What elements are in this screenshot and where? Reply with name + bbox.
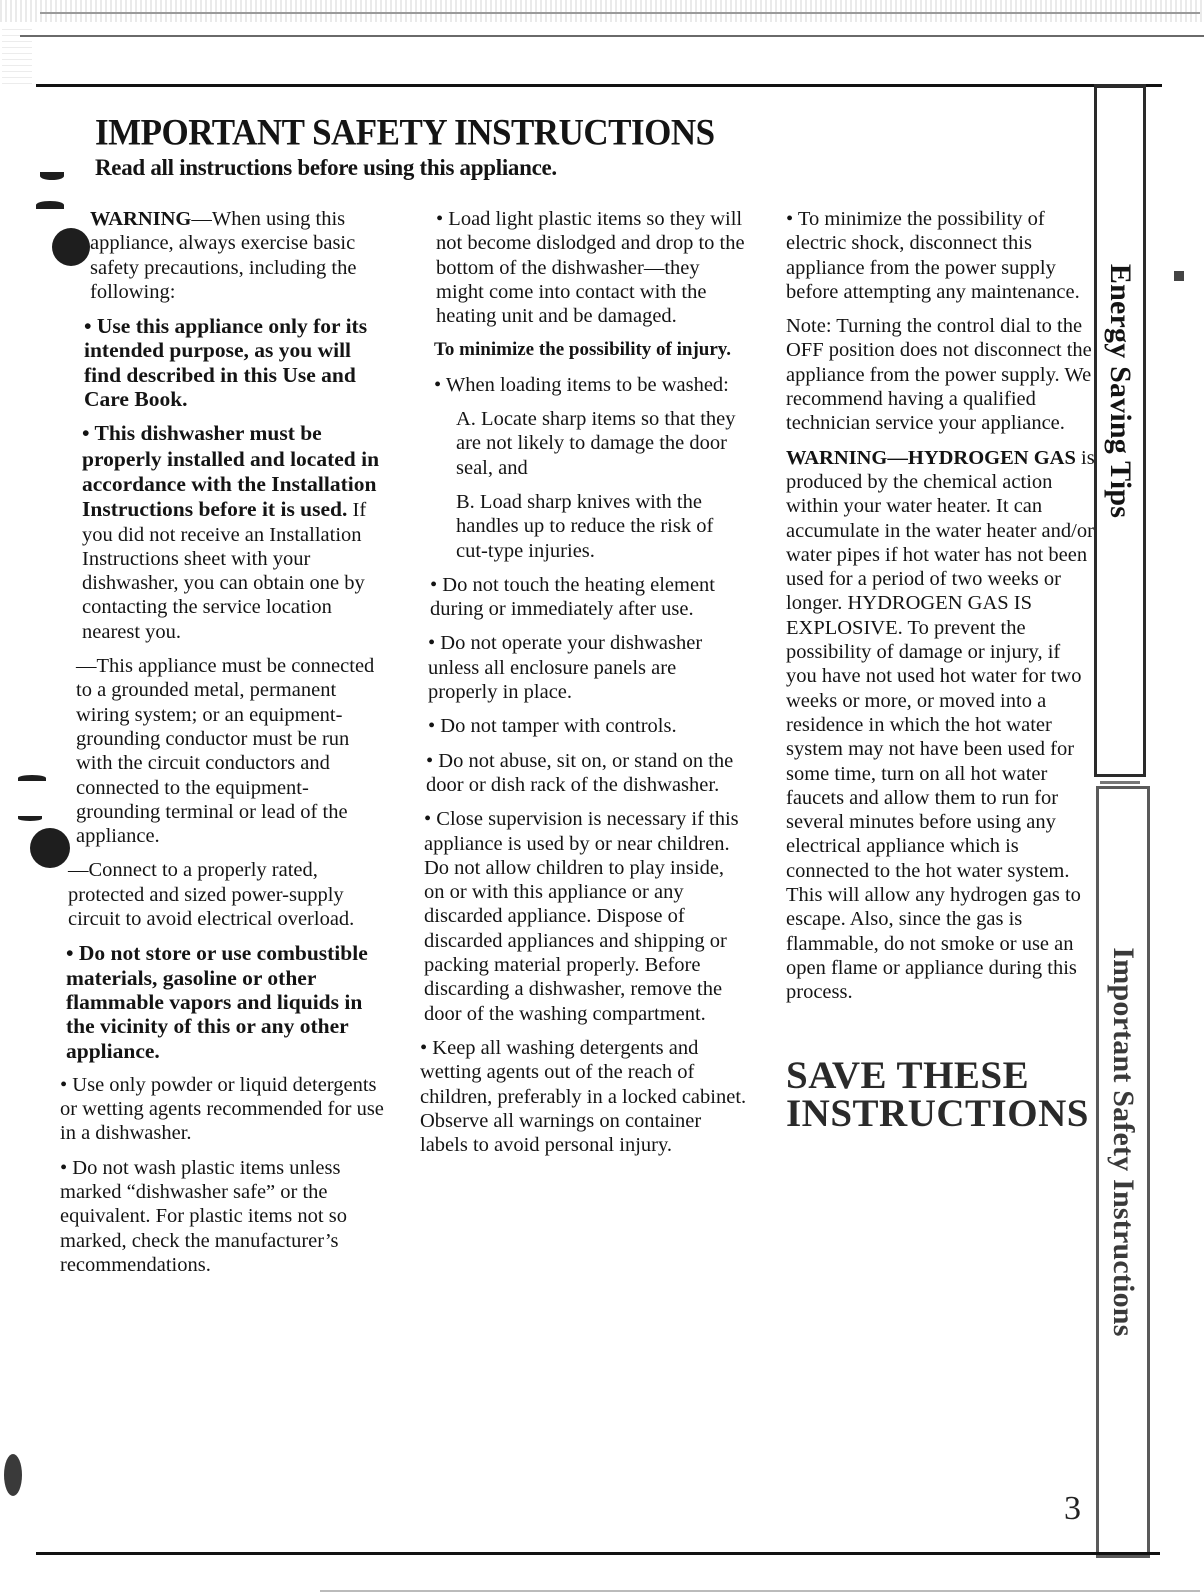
bullet-door: • Do not abuse, sit on, or stand on the … [418,749,748,798]
bullet-installation: • This dishwasher must be properly insta… [60,421,390,644]
sub-item-b: B. Load sharp knives with the handles up… [418,490,748,563]
bottom-rule [36,1552,1160,1555]
hydrogen-warning: WARNING—HYDROGEN GAS is produced by the … [786,446,1096,1005]
power-supply-paragraph: —Connect to a properly rated, protected … [60,858,390,931]
bullet-flammable: • Do not store or use combustible materi… [60,941,390,1062]
top-thin-rule [20,35,1204,37]
column-2: • Load light plastic items so they will … [418,207,748,1167]
hydrogen-warning-label: WARNING—HYDROGEN GAS [786,447,1076,469]
warning-label: WARNING [90,208,191,230]
bullet-enclosure-panels: • Do not operate your dishwasher unless … [418,631,748,704]
bullet-heating-element: • Do not touch the heating element durin… [418,573,748,622]
tab-marker-icon [1174,271,1184,281]
tab-energy-saving-tips[interactable]: Energy Saving Tips [1094,84,1146,777]
bullet-detergents: • Use only powder or liquid detergents o… [60,1073,390,1146]
bullet-light-plastic: • Load light plastic items so they will … [418,207,748,328]
page-subtitle: Read all instructions before using this … [95,155,557,181]
bullet-loading: • When loading items to be washed: [418,373,748,397]
sub-item-a: A. Locate sharp items so that they are n… [418,407,748,480]
bullet-plastic-items: • Do not wash plastic items unless marke… [60,1156,390,1277]
injury-heading: To minimize the possibility of injury. [418,338,748,362]
tab-label: Energy Saving Tips [1103,264,1137,518]
top-rule [36,84,1162,87]
save-instructions-heading: SAVE THESE INSTRUCTIONS [786,1057,1096,1133]
page-title: IMPORTANT SAFETY INSTRUCTIONS [95,112,715,154]
warning-paragraph: WARNING—When using this appliance, alway… [60,207,390,304]
binder-hole-icon [4,1454,22,1496]
scan-noise-top [0,0,1204,22]
bullet-controls: • Do not tamper with controls. [418,714,748,738]
binder-hole-icon [40,172,64,180]
grounding-paragraph: —This appliance must be connected to a g… [60,654,390,848]
bullet-detergent-storage: • Keep all washing detergents and wettin… [418,1036,748,1157]
binder-hole-icon [18,816,42,821]
bullet-electric-shock: • To minimize the possibility of electri… [786,207,1096,304]
note-paragraph: Note: Turning the control dial to the OF… [786,314,1096,435]
column-1: WARNING—When using this appliance, alway… [60,207,390,1287]
tab-label: Important Safety Instructions [1106,947,1140,1336]
binder-hole-icon [18,775,46,781]
scan-noise-left [2,24,32,84]
page-number: 3 [1064,1490,1081,1528]
bullet-children: • Close supervision is necessary if this… [418,807,748,1026]
scan-noise-line [40,12,1200,14]
tab-important-safety-instructions[interactable]: Important Safety Instructions [1096,786,1150,1558]
column-3: • To minimize the possibility of electri… [786,207,1096,1133]
tab-divider [1100,781,1140,784]
bullet-intended-purpose: • Use this appliance only for its intend… [60,314,390,411]
